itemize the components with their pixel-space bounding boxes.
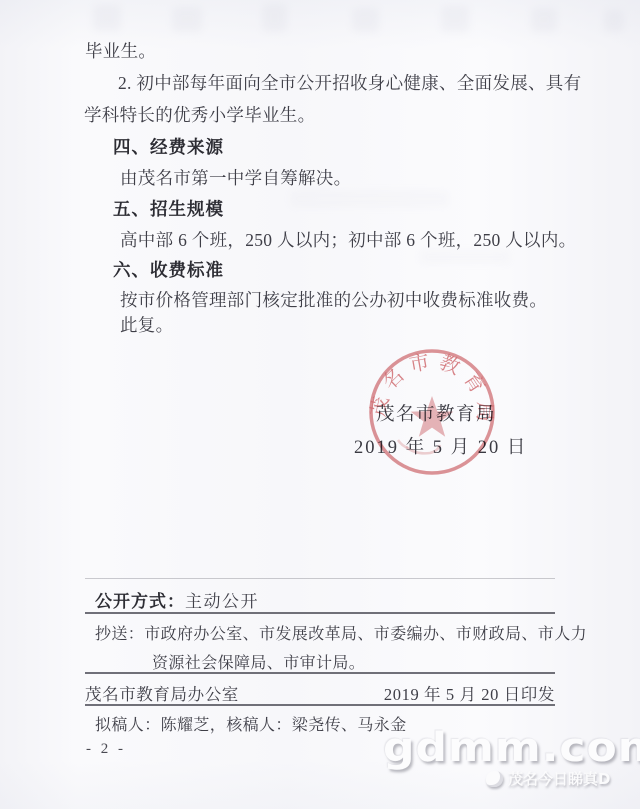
watermark-site-text: gdmm.com <box>383 724 640 771</box>
publicity-value: 主动公开 <box>185 592 259 611</box>
bleedthrough-mark <box>604 10 624 32</box>
publicity-label: 公开方式： <box>95 592 185 611</box>
issuing-office-row: 2019 年 5 月 20 日印发 茂名市教育局办公室 <box>85 681 555 705</box>
bleedthrough-mark <box>352 8 379 32</box>
divider-line <box>85 612 555 614</box>
seal-lower-mark <box>398 440 408 448</box>
body-line: 按市价格管理部门核定批准的公办初中收费标准收费。 <box>120 289 547 311</box>
page-number: - 2 - <box>86 741 126 758</box>
seal-lower-mark <box>406 445 440 453</box>
watermark-logo-icon <box>486 771 503 787</box>
body-line: 由茂名市第一中学自筹解决。 <box>120 167 351 189</box>
bleedthrough-mark <box>420 250 510 264</box>
section-heading: 六、收费标准 <box>113 259 224 281</box>
seal-star-icon <box>411 396 454 437</box>
bleedthrough-mark <box>262 4 287 32</box>
official-seal-stamp: 茂名市教育局 <box>364 344 500 480</box>
section-heading: 五、招生规模 <box>113 198 224 220</box>
scanned-document-page: 毕业生。 2. 初中部每年面向全市公开招收身心健康、全面发展、具有 学科特长的优… <box>0 0 640 809</box>
drafter-line: 拟稿人：陈耀芝，核稿人：梁尧传、马永金 <box>95 712 407 735</box>
seal-graphic: 茂名市教育局 <box>364 344 500 480</box>
bleedthrough-mark <box>290 190 450 208</box>
bleedthrough-mark <box>441 6 469 32</box>
bleedthrough-mark <box>93 5 121 31</box>
body-line: 学科特长的优秀小学毕业生。 <box>84 104 315 126</box>
divider-line <box>85 672 555 674</box>
cc-line-1: 抄送：市政府办公室、市发展改革局、市委编办、市财政局、市人力 <box>95 621 587 644</box>
bleedthrough-mark <box>172 7 202 32</box>
bleedthrough-mark <box>531 8 557 32</box>
publicity-row: 公开方式：主动公开 <box>95 587 259 612</box>
cc-line-2: 资源社会保障局、市审计局。 <box>152 650 365 673</box>
divider-line <box>85 704 555 706</box>
body-line: 高中部 6 个班，250 人以内；初中部 6 个班，250 人以内。 <box>120 229 576 251</box>
body-line: 此复。 <box>120 314 173 336</box>
body-line: 毕业生。 <box>85 40 156 62</box>
print-date: 2019 年 5 月 20 日印发 <box>384 681 555 705</box>
watermark-caption-text: 茂名今日睇真D <box>508 768 610 789</box>
divider-line <box>85 578 555 579</box>
issuing-office: 茂名市教育局办公室 <box>85 685 239 704</box>
watermark-caption: 茂名今日睇真D <box>486 768 610 789</box>
section-heading: 四、经费来源 <box>113 136 224 158</box>
body-line: 2. 初中部每年面向全市公开招收身心健康、全面发展、具有 <box>118 72 581 94</box>
